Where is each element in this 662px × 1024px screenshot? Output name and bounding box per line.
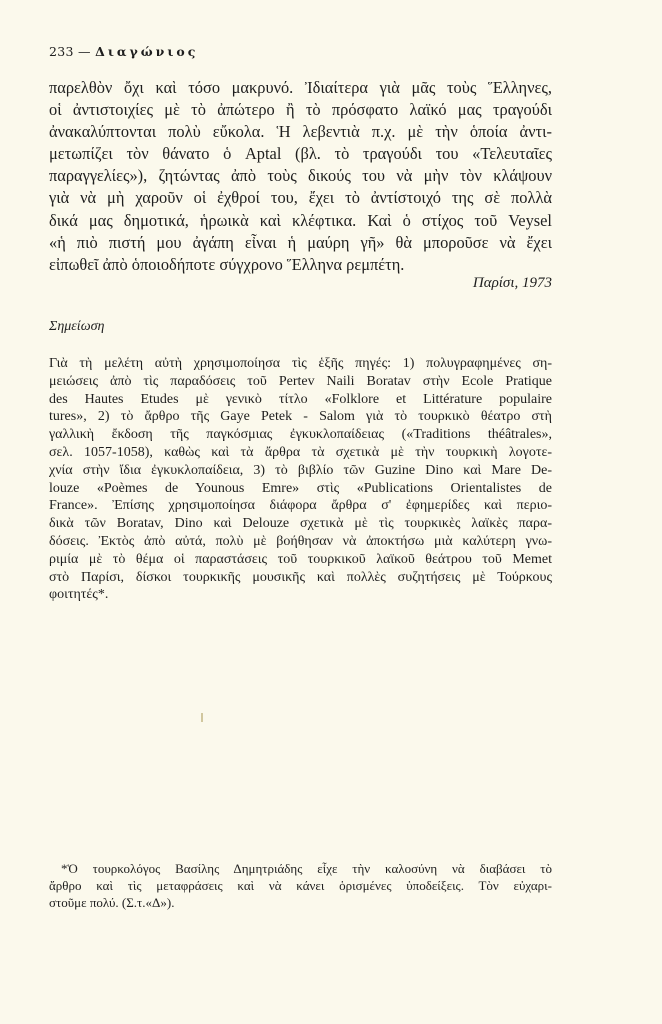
note-line: Γιὰ τὴ μελέτη αὐτὴ χρησιμοποίησα τὶς ἑξῆ… xyxy=(49,355,552,373)
note-heading: Σημείωση xyxy=(49,319,104,335)
text-line: δικά μας δημοτικά, ἡρωικὰ καὶ κλέφτικα. … xyxy=(49,210,552,232)
paper-speck xyxy=(201,713,203,722)
note-line: γαλλικὴ ἔκδοση τῆς παγκόσμιας ἐγκυκλοπαί… xyxy=(49,426,552,444)
footnote-line: στοῦμε πολύ. (Σ.τ.«Δ»). xyxy=(49,894,552,911)
text-line: παραγγελίες»), ζητώντας ἀπὸ τοὺς δικούς … xyxy=(49,165,552,187)
text-line: ἀνακαλύπτονται πολὺ εὔκολα. Ἡ λεβεντιὰ π… xyxy=(49,121,552,143)
note-line: δικὰ τῶν Boratav, Dino καὶ Delouze σχετι… xyxy=(49,515,552,533)
note-line: ριμία μὲ τὸ θέμα οἱ παραστάσεις τοῦ τουρ… xyxy=(49,551,552,569)
journal-title: Διαγώνιος xyxy=(95,44,198,59)
footnote-line: ἄρθρο καὶ τὶς μεταφράσεις καὶ νὰ κάνει ὁ… xyxy=(49,877,552,894)
text-line: παρελθὸν ὄχι καὶ τόσο μακρυνό. Ἰδιαίτερα… xyxy=(49,77,552,99)
note-line: φοιτητές*. xyxy=(49,586,552,604)
note-line: France». Ἐπίσης χρησιμοποίησα διάφορα ἄρ… xyxy=(49,497,552,515)
header-separator: — xyxy=(78,44,91,59)
place-date-signature: Παρίσι, 1973 xyxy=(473,275,552,292)
text-line: «ἡ πιὸ πιστή μου ἀγάπη εἶναι ἡ μαύρη γῆ»… xyxy=(49,232,552,254)
note-line: μειώσεις ἀπὸ τὶς παραδόσεις τοῦ Pertev N… xyxy=(49,373,552,391)
note-line: σελ. 1057-1058), καθὼς καὶ τὰ ἄρθρα τὰ σ… xyxy=(49,444,552,462)
page-number: 233 xyxy=(49,44,74,59)
running-header: 233 — Διαγώνιος xyxy=(49,44,198,59)
note-line: louze «Poèmes de Younous Emre» στὶς «Pub… xyxy=(49,480,552,498)
main-paragraph: παρελθὸν ὄχι καὶ τόσο μακρυνό. Ἰδιαίτερα… xyxy=(49,77,552,276)
note-line: χνία στὴν ἴδια ἐγκυκλοπαίδεια, 3) τὸ βιβ… xyxy=(49,462,552,480)
note-line: tures», 2) τὸ ἄρθρο τῆς Gaye Petek - Sal… xyxy=(49,408,552,426)
note-paragraph: Γιὰ τὴ μελέτη αὐτὴ χρησιμοποίησα τὶς ἑξῆ… xyxy=(49,355,552,604)
text-line: μετωπίζει τὸν θάνατο ὁ Aptal (βλ. τὸ τρα… xyxy=(49,143,552,165)
text-line: εἰπωθεῖ ἀπὸ ὁποιοδήποτε σύγχρονο Ἕλληνα … xyxy=(49,254,552,276)
footnote: *Ὁ τουρκολόγος Βασίλης Δημητριάδης εἶχε … xyxy=(49,860,552,911)
text-line: οἱ ἀντιστοιχίες μὲ τὸ ἀπώτερο ἢ τὸ πρόσφ… xyxy=(49,99,552,121)
note-line: des Hautes Etudes μὲ γενικὸ τίτλο «Folkl… xyxy=(49,391,552,409)
note-line: δόσεις. Ἐκτὸς ἀπὸ αὐτά, πολὺ μὲ βοήθησαν… xyxy=(49,533,552,551)
text-line: γιὰ νὰ μὴ χαροῦν οἱ ἐχθροί του, ἔχει τὸ … xyxy=(49,187,552,209)
footnote-line: *Ὁ τουρκολόγος Βασίλης Δημητριάδης εἶχε … xyxy=(49,860,552,877)
note-line: στὸ Παρίσι, δίσκοι τουρκικῆς μουσικῆς κα… xyxy=(49,569,552,587)
